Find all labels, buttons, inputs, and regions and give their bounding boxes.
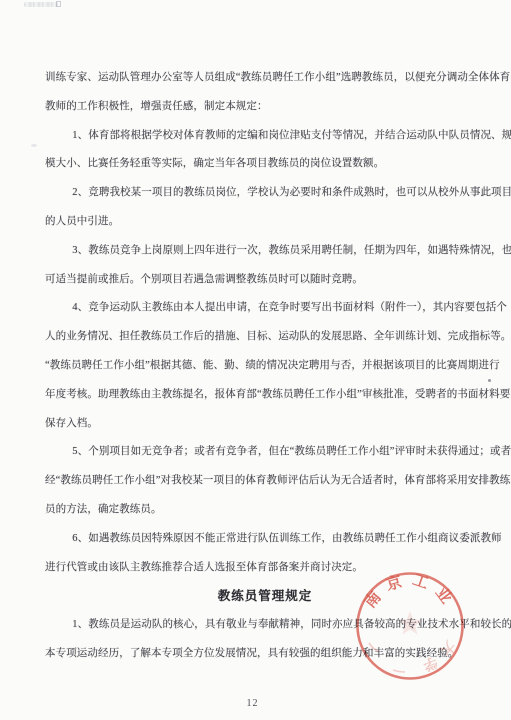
ink-dot-artifact <box>488 379 491 382</box>
paragraph-line: 教师的工作积极性，增强责任感，制定本规定： <box>45 93 485 122</box>
paragraph-line: 训练专家、运动队管理办公室等人员组成“教练员聘任工作小组”选聘教练员，以便充分调… <box>45 64 485 93</box>
page-number: 12 <box>0 698 505 709</box>
document-body-text: 训练专家、运动队管理办公室等人员组成“教练员聘任工作小组”选聘教练员，以便充分调… <box>45 64 485 669</box>
paragraph-line: 3、教练员竞争上岗原则上四年进行一次，教练员采用聘任制，任期为四年，如遇特殊情况… <box>45 237 485 266</box>
paragraph-line: 员的方法，确定教练员。 <box>45 496 485 525</box>
paragraph-line: 1、教练员是运动队的核心，具有敬业与奉献精神，同时亦应具备较高的专业技术水平和较… <box>45 611 485 640</box>
paragraph-line: 5、个别项目如无竞争者；或者有竞争者，但在“教练员聘任工作小组”评审时未获得通过… <box>45 438 485 467</box>
scan-artifact-mark <box>56 1 61 7</box>
paragraph-line: 进行代管或由该队主教练推荐合适人选报至体育部备案并商讨决定。 <box>45 554 485 583</box>
paragraph-line: 经“教练员聘任工作小组”对我校某一项目的体育教师评估后认为无合适者时，体育部将采… <box>45 467 485 496</box>
scanned-document-page: 训练专家、运动队管理办公室等人员组成“教练员聘任工作小组”选聘教练员，以便充分调… <box>0 0 511 720</box>
paragraph: 2、竞聘我校某一项目的教练员岗位，学校认为必要时和条件成熟时，也可以从校外从事此… <box>45 179 485 237</box>
paragraph-line: 保存入档。 <box>45 410 485 439</box>
paragraph-line: 可适当提前或推后。个别项目若遇急需调整教练员时可以随时竞聘。 <box>45 266 485 295</box>
paragraph-line: “教练员聘任工作小组”根据其德、能、勤、绩的情况决定聘用与否，并根据该项目的比赛… <box>45 352 485 381</box>
paragraph-line: 本专项运动经历，了解本专项全方位发展情况，具有较强的组织能力和丰富的实践经验。 <box>45 640 485 669</box>
paragraph-line: 1、体育部将根据学校对体育教师的定编和岗位津贴支付等情况，并结合运动队中队员情况… <box>45 122 485 151</box>
paragraph: 1、教练员是运动队的核心，具有敬业与奉献精神，同时亦应具备较高的专业技术水平和较… <box>45 611 485 669</box>
paragraph-line: 2、竞聘我校某一项目的教练员岗位，学校认为必要时和条件成熟时，也可以从校外从事此… <box>45 179 485 208</box>
scan-artifact-smudge <box>31 144 37 147</box>
paragraph: 4、竞争运动队主教练由本人提出申请，在竞争时要写出书面材料（附件一），其内容要包… <box>45 294 485 438</box>
paragraph: 训练专家、运动队管理办公室等人员组成“教练员聘任工作小组”选聘教练员，以便充分调… <box>45 64 485 122</box>
paragraph-line: 模大小、比赛任务轻重等实际，确定当年各项目教练员的岗位设置数额。 <box>45 150 485 179</box>
paragraph-line: 人的业务情况、担任教练员工作后的措施、目标、运动队的发展思路、全年训练计划、完成… <box>45 323 485 352</box>
paragraph-line: 6、如遇教练员因特殊原因不能正常进行队伍训练工作，由教练员聘任工作小组商议委派教… <box>45 525 485 554</box>
section-heading: 教练员管理规定 <box>45 582 485 611</box>
paragraph-line: 4、竞争运动队主教练由本人提出申请，在竞争时要写出书面材料（附件一），其内容要包… <box>45 294 485 323</box>
paragraph: 5、个别项目如无竞争者；或者有竞争者，但在“教练员聘任工作小组”评审时未获得通过… <box>45 438 485 524</box>
paragraph-line: 年度考核。助理教练由主教练提名，报体育部“教练员聘任工作小组”审核批准，受聘者的… <box>45 381 485 410</box>
heading-text: 教练员管理规定 <box>45 582 485 611</box>
paragraph: 1、体育部将根据学校对体育教师的定编和岗位津贴支付等情况，并结合运动队中队员情况… <box>45 122 485 180</box>
scan-artifact-smudge <box>24 2 58 7</box>
paragraph-line: 的人员中引进。 <box>45 208 485 237</box>
paragraph: 6、如遇教练员因特殊原因不能正常进行队伍训练工作，由教练员聘任工作小组商议委派教… <box>45 525 485 583</box>
paragraph: 3、教练员竞争上岗原则上四年进行一次，教练员采用聘任制，任期为四年，如遇特殊情况… <box>45 237 485 295</box>
